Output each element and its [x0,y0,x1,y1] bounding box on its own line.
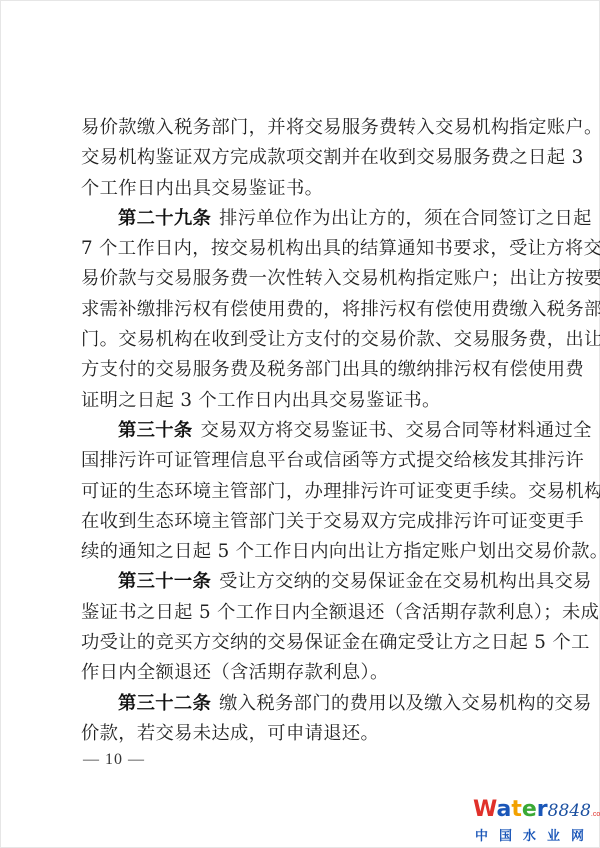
logo-number: 8848 [548,801,591,821]
article-number: 第二十九条 [118,208,211,229]
article-text: 排污单位作为出让方的，须在合同签订之日起 [219,208,592,229]
article-30-heading-line: 第三十条交易双方将交易鉴证书、交易合同等材料通过全 [81,416,525,446]
watermark-logo: Water8848.com 中国水业网 [471,797,600,848]
article-32-heading-line: 第三十二条缴入税务部门的费用以及缴入交易机构的交易 [81,689,525,719]
text-line: 鉴证书之日起 5 个工作日内全额退还（含活期存款利息）；未成 [81,598,525,628]
logo-letter: e [522,797,537,822]
text-line: 求需补缴排污权有偿使用费的，将排污权有偿使用费缴入税务部 [81,295,525,325]
document-page: 易价款缴入税务部门，并将交易服务费转入交易机构指定账户。 交易机构鉴证双方完成款… [0,0,600,848]
text-line: 作日内全额退还（含活期存款利息）。 [81,658,525,688]
text-line: 门。交易机构在收到受让方支付的交易价款、交易服务费，出让 [81,325,525,355]
article-text: 缴入税务部门的费用以及缴入交易机构的交易 [219,693,592,714]
text-line: 价款，若交易未达成，可申请退还。 [81,719,525,749]
article-31-heading-line: 第三十一条受让方交纳的交易保证金在交易机构出具交易 [81,567,525,597]
logo-letter: t [511,797,522,822]
text-line: 国排污许可证管理信息平台或信函等方式提交给核发其排污许 [81,446,525,476]
text-line: 功受让的竞买方交纳的交易保证金在确定受让方之日起 5 个工 [81,628,525,658]
text-line: 在收到生态环境主管部门关于交易双方完成排污许可证变更手 [81,507,525,537]
watermark-chinese-name: 中国水业网 [475,825,593,844]
article-29-heading-line: 第二十九条排污单位作为出让方的，须在合同签订之日起 [81,204,525,234]
article-number: 第三十一条 [118,571,211,592]
article-number: 第三十条 [118,420,193,441]
logo-letter: r [537,797,548,822]
water8848-logo: Water8848.com [473,797,600,822]
logo-suffix: .com [591,811,600,818]
article-text: 受让方交纳的交易保证金在交易机构出具交易 [219,571,592,592]
text-line: 个工作日内出具交易鉴证书。 [81,174,525,204]
text-line: 方支付的交易服务费及税务部门出具的缴纳排污权有偿使用费 [81,355,525,385]
logo-letter: a [496,797,511,822]
article-number: 第三十二条 [118,693,211,714]
article-text: 交易双方将交易鉴证书、交易合同等材料通过全 [201,420,592,441]
text-line: 证明之日起 3 个工作日内出具交易鉴证书。 [81,386,525,416]
text-line: 7 个工作日内，按交易机构出具的结算通知书要求，受让方将交 [81,234,525,264]
logo-letter: W [473,797,496,822]
document-body: 易价款缴入税务部门，并将交易服务费转入交易机构指定账户。 交易机构鉴证双方完成款… [81,113,525,749]
text-line: 易价款与交易服务费一次性转入交易机构指定账户；出让方按要 [81,264,525,294]
text-line: 易价款缴入税务部门，并将交易服务费转入交易机构指定账户。 [81,113,525,143]
text-line: 续的通知之日起 5 个工作日内向出让方指定账户划出交易价款。 [81,537,525,567]
text-line: 可证的生态环境主管部门，办理排污许可证变更手续。交易机构 [81,477,525,507]
page-number: — 10 — [83,751,145,769]
text-line: 交易机构鉴证双方完成款项交割并在收到交易服务费之日起 3 [81,143,525,173]
